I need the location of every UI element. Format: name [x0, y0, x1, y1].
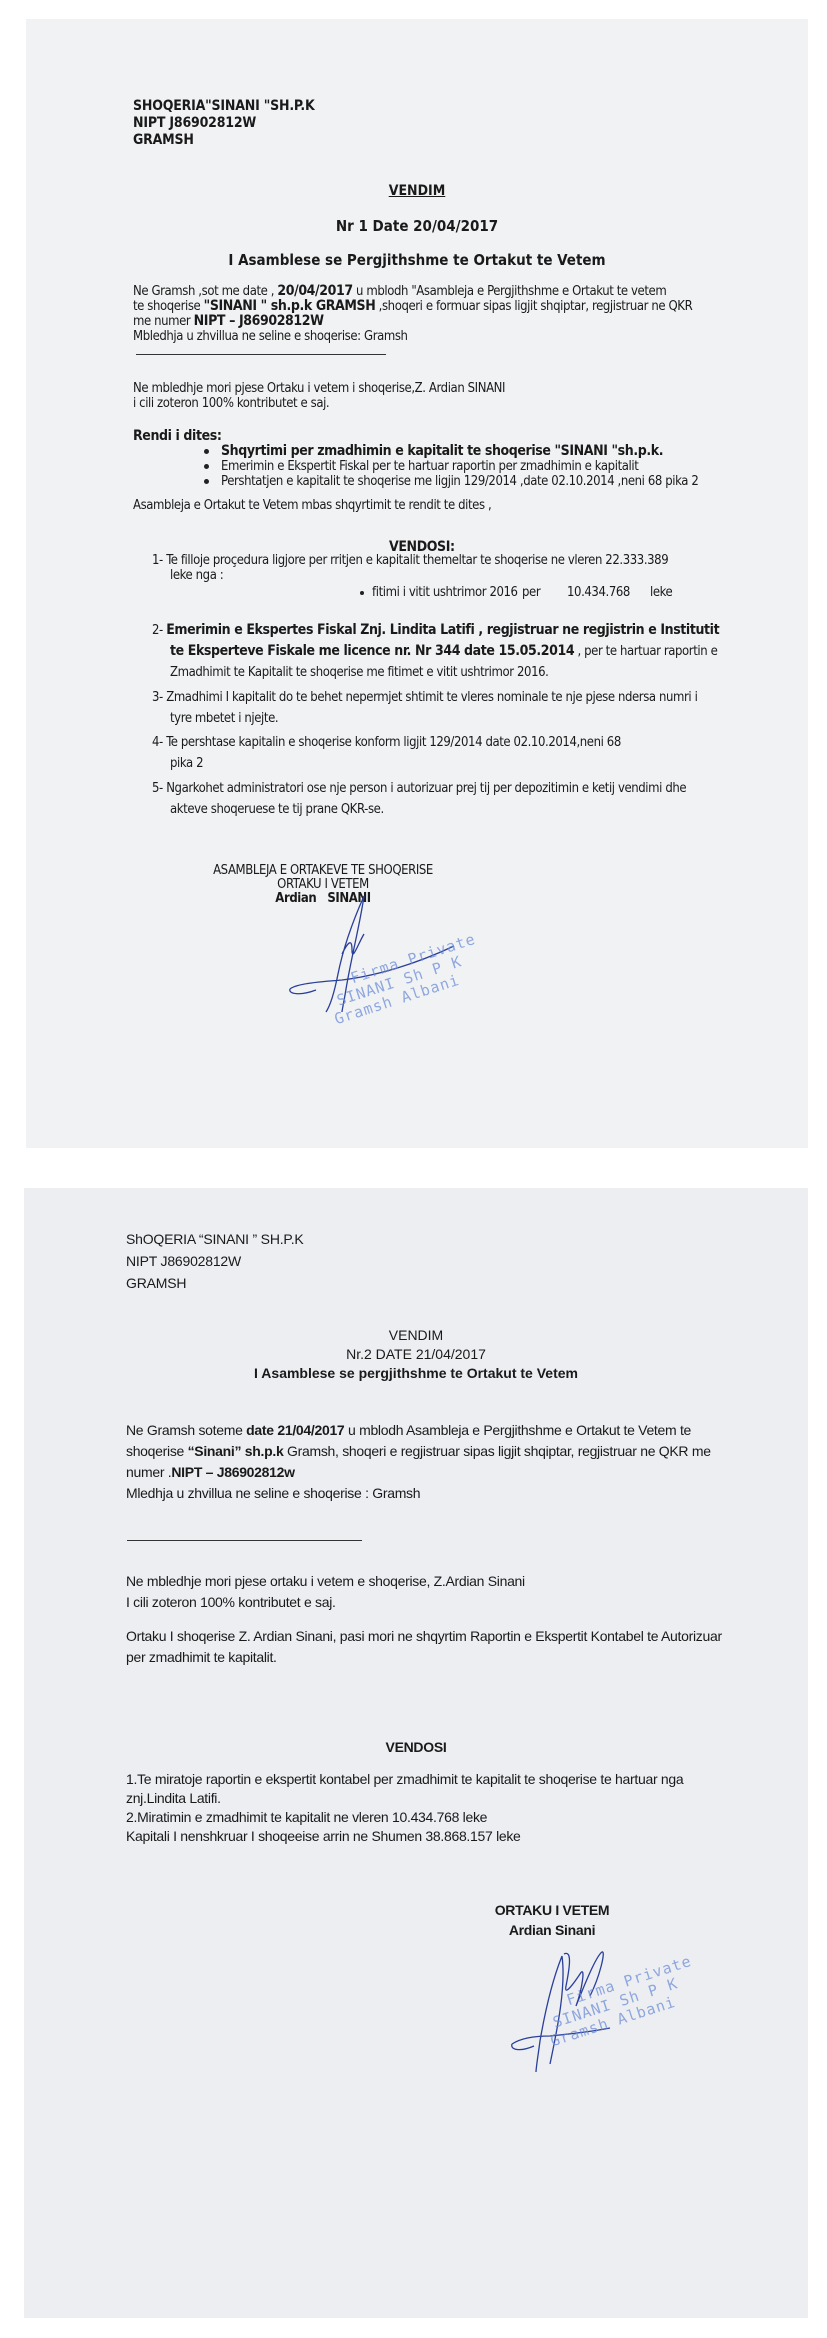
agenda-list: Shqyrtimi per zmadhimin e kapitalit te s…: [204, 444, 698, 489]
separator-line: [127, 1540, 362, 1541]
sole-partner-label: ORTAKU I VETEM: [208, 878, 438, 892]
sole-partner-label: ORTAKU I VETEM: [482, 1900, 622, 1920]
bullet-icon: [204, 479, 209, 484]
company-nipt: NIPT J86902812W: [133, 115, 315, 132]
agenda-item: Pershtatjen e kapitalit te shoqerise me …: [204, 474, 698, 489]
decision-item-4: 4- Te pershtase kapitalin e shoqerise ko…: [152, 732, 621, 774]
decisions-list: 1.Te miratoje raportin e ekspertit konta…: [126, 1770, 683, 1846]
bullet-icon: [204, 464, 209, 469]
agenda-item: Shqyrtimi per zmadhimin e kapitalit te s…: [204, 444, 698, 459]
decision-item-1: 1.Te miratoje raportin e ekspertit konta…: [126, 1770, 683, 1789]
title-block: VENDIM Nr.2 DATE 21/04/2017 I Asamblese …: [24, 1326, 808, 1383]
company-name: ShOQERIA “SINANI ” SH.P.K: [126, 1228, 304, 1250]
company-city: GRAMSH: [126, 1272, 304, 1294]
assembly-label: ASAMBLEJA E ORTAKEVE TE SHOQERISE: [208, 864, 438, 878]
company-city: GRAMSH: [133, 132, 315, 149]
intro-paragraph: Ne Gramsh soteme date 21/04/2017 u mblod…: [126, 1420, 711, 1504]
company-nipt: NIPT J86902812W: [126, 1250, 304, 1272]
separator-line: [136, 354, 386, 355]
signature-block: ORTAKU I VETEM Ardian Sinani: [482, 1900, 622, 1940]
document-title: VENDIM: [24, 1326, 808, 1345]
decision-number-date: Nr 1 Date 20/04/2017: [26, 217, 808, 235]
after-agenda-text: Asambleja e Ortakut te Vetem mbas shqyrt…: [133, 498, 491, 513]
review-paragraph: Ortaku I shoqerise Z. Ardian Sinani, pas…: [126, 1626, 722, 1668]
decided-heading: VENDOSI: [24, 1739, 808, 1755]
decision-item-5: 5- Ngarkohet administratori ose nje pers…: [152, 778, 686, 820]
document-title: VENDIM: [26, 183, 808, 199]
bullet-icon: [204, 449, 209, 454]
decision-item-2: 2- Emerimin e Ekspertes Fiskal Znj. Lind…: [152, 620, 719, 683]
decision-item-1: 1- Te filloje proçedura ligjore per rrit…: [152, 553, 668, 583]
company-header: ShOQERIA “SINANI ” SH.P.K NIPT J86902812…: [126, 1228, 304, 1294]
company-header: SHOQERIA"SINANI "SH.P.K NIPT J86902812W …: [133, 98, 315, 149]
attendance-paragraph: Ne mbledhje mori pjese Ortaku i vetem i …: [133, 381, 505, 411]
agenda-heading: Rendi i dites:: [133, 428, 221, 444]
decision-item-3: 3- Zmadhimi I kapitalit do te behet nepe…: [152, 687, 697, 729]
bullet-icon: [360, 591, 364, 595]
decision-number-date: Nr.2 DATE 21/04/2017: [24, 1345, 808, 1364]
agenda-item: Emerimin e Ekspertit Fiskal per te hartu…: [204, 459, 698, 474]
decision-1-sub-item: fitimi i vitit ushtrimor 2016 per 10.434…: [360, 585, 518, 600]
document-page-1: SHOQERIA"SINANI "SH.P.K NIPT J86902812W …: [26, 19, 808, 1148]
decision-item-2: 2.Miratimin e zmadhimit te kapitalit ne …: [126, 1808, 683, 1827]
subscribed-capital-line: Kapitali I nenshkruar I shoqeeise arrin …: [126, 1827, 683, 1846]
company-name: SHOQERIA"SINANI "SH.P.K: [133, 98, 315, 115]
document-subtitle: I Asamblese se Pergjithshme te Ortakut t…: [26, 251, 808, 269]
document-page-2: ShOQERIA “SINANI ” SH.P.K NIPT J86902812…: [24, 1188, 808, 2318]
document-subtitle: I Asamblese se pergjithshme te Ortakut t…: [24, 1364, 808, 1383]
intro-paragraph: Ne Gramsh ,sot me date , 20/04/2017 u mb…: [133, 284, 692, 344]
signatory-name: Ardian Sinani: [482, 1920, 622, 1940]
attendance-paragraph: Ne mbledhje mori pjese ortaku i vetem e …: [126, 1571, 525, 1613]
